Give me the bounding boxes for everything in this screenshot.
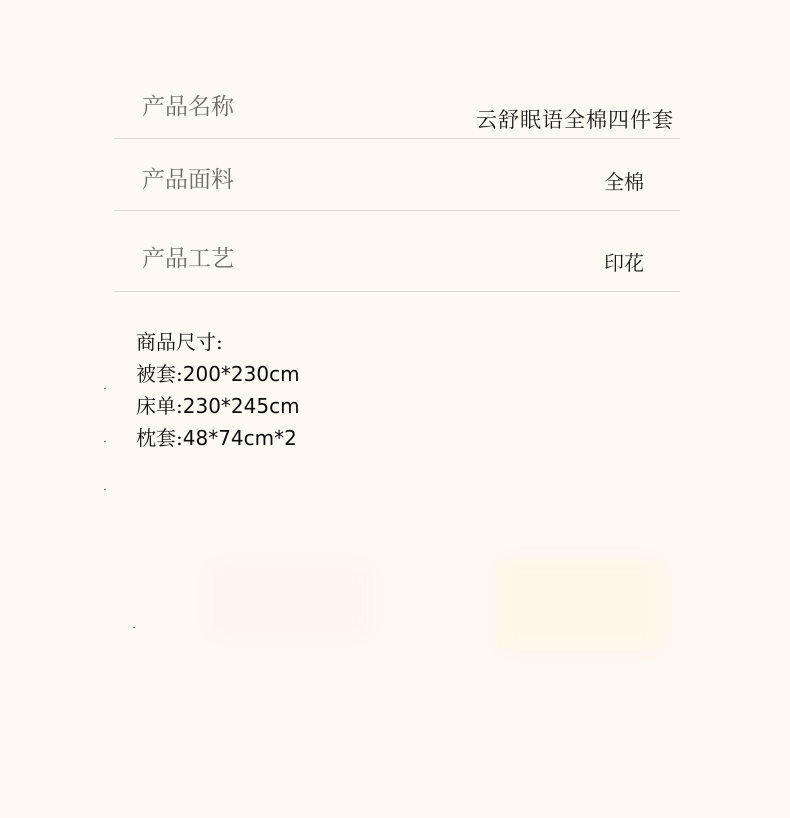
product-spec-table: 产品名称 云舒眠语全棉四件套 产品面料 全棉 产品工艺 印花 bbox=[114, 68, 680, 292]
spec-value-product-name: 云舒眠语全棉四件套 bbox=[476, 104, 674, 134]
size-title: 商品尺寸: bbox=[136, 326, 300, 358]
size-item-pillowcase: 枕套:48*74cm*2 bbox=[136, 422, 300, 454]
speck-mark bbox=[104, 489, 106, 490]
size-item-name: 床单: bbox=[136, 394, 183, 418]
speck-mark bbox=[104, 388, 106, 389]
size-item-name: 被套: bbox=[136, 362, 183, 386]
spec-row-fabric: 产品面料 全棉 bbox=[114, 139, 680, 211]
spec-label-fabric: 产品面料 bbox=[142, 161, 234, 194]
product-size-block: 商品尺寸: 被套:200*230cm 床单:230*245cm 枕套:48*74… bbox=[136, 326, 300, 454]
spec-row-craft: 产品工艺 印花 bbox=[114, 211, 680, 292]
spec-value-craft: 印花 bbox=[604, 247, 644, 276]
size-item-value: 200*230cm bbox=[183, 362, 300, 386]
size-item-value: 230*245cm bbox=[183, 394, 300, 418]
faint-background-shape bbox=[500, 560, 660, 650]
spec-label-craft: 产品工艺 bbox=[142, 240, 234, 273]
size-item-duvet-cover: 被套:200*230cm bbox=[136, 358, 300, 390]
speck-mark bbox=[104, 441, 106, 442]
faint-background-shape bbox=[210, 565, 370, 635]
spec-value-fabric: 全棉 bbox=[604, 166, 644, 195]
size-item-name: 枕套: bbox=[136, 426, 183, 450]
size-item-bed-sheet: 床单:230*245cm bbox=[136, 390, 300, 422]
spec-label-product-name: 产品名称 bbox=[142, 88, 234, 121]
spec-row-product-name: 产品名称 云舒眠语全棉四件套 bbox=[114, 68, 680, 139]
speck-mark bbox=[133, 627, 135, 628]
size-item-value: 48*74cm*2 bbox=[183, 426, 297, 450]
